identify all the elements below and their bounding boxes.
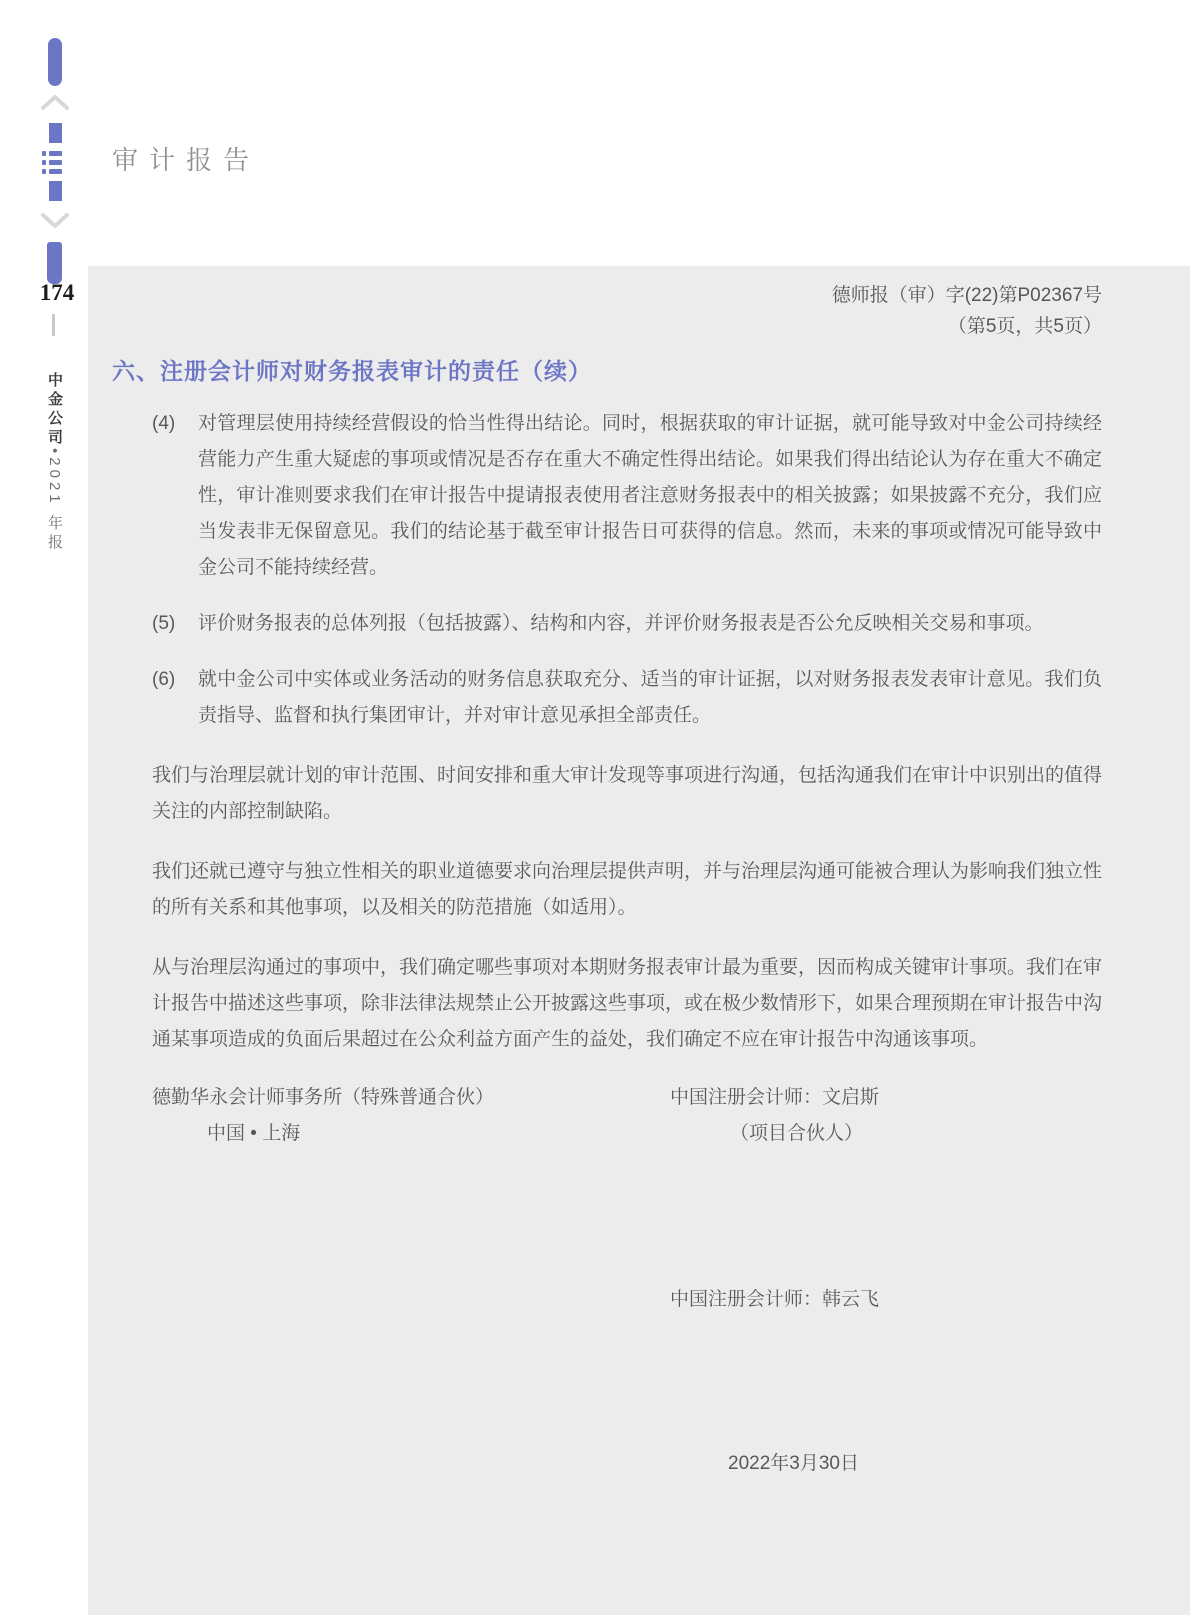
item-text: 对管理层使用持续经营假设的恰当性得出结论。同时，根据获取的审计证据，就可能导致对…: [198, 406, 1102, 586]
signature-firm-location: 中国 • 上海: [207, 1116, 670, 1152]
spine-year: 2021 年报: [46, 457, 63, 553]
section-title: 六、注册会计师对财务报表审计的责任（续）: [112, 354, 1102, 388]
chevron-up-icon: [40, 92, 70, 112]
chevron-down-icon: [40, 210, 70, 230]
report-date: 2022年3月30日: [728, 1446, 1102, 1482]
numbered-item-5: (5) 评价财务报表的总体列报（包括披露）、结构和内容，并评价财务报表是否公允反…: [152, 606, 1102, 642]
item-text: 就中金公司中实体或业务活动的财务信息获取充分、适当的审计证据，以对财务报表发表审…: [198, 662, 1102, 734]
spine-bullet: •: [46, 448, 63, 457]
audit-report-body: 德师报（审）字(22)第P02367号 （第5页，共5页） 六、注册会计师对财务…: [88, 266, 1190, 1482]
sidebar-accent-bar-bottom: [47, 242, 62, 284]
sidebar-accent-bar-top: [48, 38, 62, 86]
paragraph-key-audit-matters: 从与治理层沟通过的事项中，我们确定哪些事项对本期财务报表审计最为重要，因而构成关…: [152, 950, 1102, 1058]
item-text: 评价财务报表的总体列报（包括披露）、结构和内容，并评价财务报表是否公允反映相关交…: [198, 606, 1102, 642]
item-number: (4): [152, 406, 198, 586]
report-page: 174 中金公司•2021 年报 审计报告 德师报（审）字(22)第P02367…: [0, 0, 1190, 1615]
signature-firm-block: 德勤华永会计师事务所（特殊普通合伙） 中国 • 上海: [152, 1080, 670, 1152]
paragraph-independence: 我们还就已遵守与独立性相关的职业道德要求向治理层提供声明，并与治理层沟通可能被合…: [152, 854, 1102, 926]
signature-cpa1: 中国注册会计师：文启斯: [670, 1080, 1102, 1116]
numbered-item-6: (6) 就中金公司中实体或业务活动的财务信息获取充分、适当的审计证据，以对财务报…: [152, 662, 1102, 734]
list-icon: [42, 151, 64, 178]
doc-ref-number: 德师报（审）字(22)第P02367号: [152, 280, 1102, 311]
content-box: 德师报（审）字(22)第P02367号 （第5页，共5页） 六、注册会计师对财务…: [88, 266, 1190, 1615]
page-number-tick: [52, 314, 55, 336]
sidebar-accent-square-bottom: [49, 181, 62, 201]
doc-header: 德师报（审）字(22)第P02367号 （第5页，共5页）: [152, 280, 1102, 342]
item-number: (5): [152, 606, 198, 642]
signature-cpa1-role: （项目合伙人）: [730, 1116, 1102, 1152]
page-number: 174: [36, 280, 78, 306]
signature-cpa1-block: 中国注册会计师：文启斯 （项目合伙人）: [670, 1080, 1102, 1152]
running-head: 审计报告: [112, 140, 260, 177]
signature-cpa2: 中国注册会计师：韩云飞: [670, 1282, 1102, 1318]
numbered-item-4: (4) 对管理层使用持续经营假设的恰当性得出结论。同时，根据获取的审计证据，就可…: [152, 406, 1102, 586]
paragraph-communication: 我们与治理层就计划的审计范围、时间安排和重大审计发现等事项进行沟通，包括沟通我们…: [152, 758, 1102, 830]
item-number: (6): [152, 662, 198, 734]
signature-block: 德勤华永会计师事务所（特殊普通合伙） 中国 • 上海 中国注册会计师：文启斯 （…: [152, 1080, 1102, 1152]
sidebar-accent-square-top: [49, 123, 62, 143]
signature-firm: 德勤华永会计师事务所（特殊普通合伙）: [152, 1080, 670, 1116]
spine-text: 中金公司•2021 年报: [37, 372, 71, 632]
doc-page-info: （第5页，共5页）: [152, 311, 1102, 342]
spine-company: 中金公司: [46, 372, 63, 448]
